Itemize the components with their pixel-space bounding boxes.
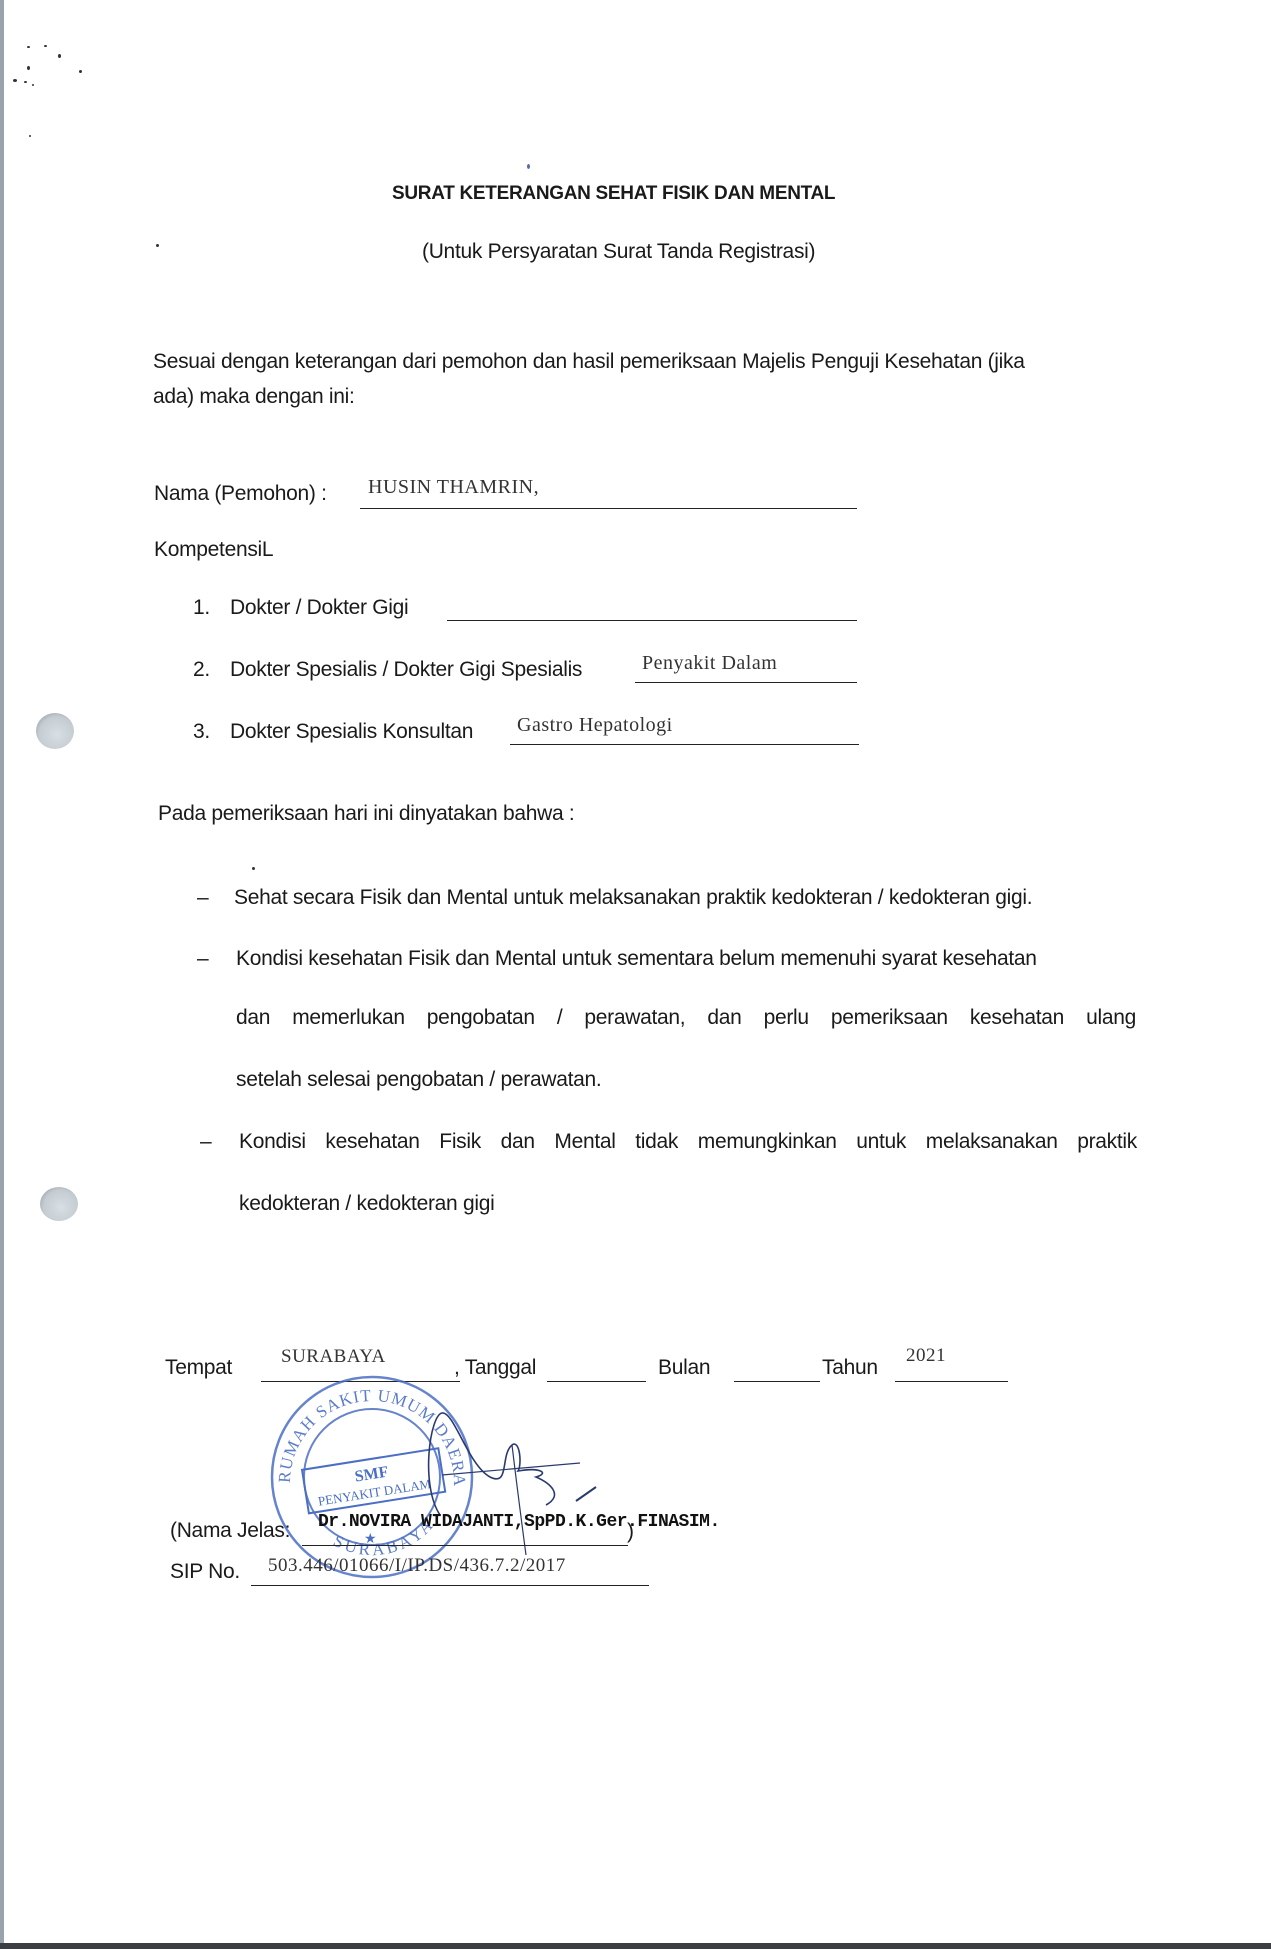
competence-label: KompetensiL [154, 538, 273, 562]
statement-2-line-1: Kondisi kesehatan Fisik dan Mental untuk… [236, 947, 1037, 971]
sip-field[interactable]: 503.446/01066/I/IP.DS/436.7.2/2017 [268, 1555, 566, 1577]
statement-3-line-1: Kondisi kesehatan Fisik dan Mental tidak… [239, 1130, 1137, 1154]
statement-3-line-2: kedokteran / kedokteran gigi [239, 1192, 494, 1216]
competence-item-1-underline [447, 620, 857, 621]
statement-2-line-3: setelah selesai pengobatan / perawatan. [236, 1068, 601, 1092]
punch-hole-lower [40, 1187, 78, 1221]
month-label: Bulan [658, 1356, 710, 1380]
month-underline [734, 1381, 820, 1382]
statement-1-text: Sehat secara Fisik dan Mental untuk mela… [234, 886, 1032, 910]
date-underline [547, 1381, 646, 1382]
applicant-underline [360, 508, 857, 509]
statement-1-dash: – [197, 886, 208, 910]
place-field[interactable]: SURABAYA [281, 1346, 386, 1368]
signatory-name-underline [302, 1545, 628, 1546]
competence-item-3-label: Dokter Spesialis Konsultan [230, 720, 473, 744]
competence-item-2-number: 2. [193, 658, 210, 682]
punch-hole-upper [36, 713, 74, 749]
place-label: Tempat [165, 1356, 232, 1380]
competence-item-1-label: Dokter / Dokter Gigi [230, 596, 408, 620]
sip-label: SIP No. [170, 1560, 240, 1584]
competence-item-1-number: 1. [193, 596, 210, 620]
competence-item-2-field[interactable]: Penyakit Dalam [642, 652, 777, 675]
scan-edge-bottom [0, 1943, 1271, 1949]
intro-line-2: ada) maka dengan ini: [153, 385, 355, 409]
statement-intro: Pada pemeriksaan hari ini dinyatakan bah… [158, 802, 574, 826]
competence-item-3-field[interactable]: Gastro Hepatologi [517, 714, 673, 737]
year-label: Tahun [822, 1356, 878, 1380]
signatory-name-close: ) [627, 1520, 634, 1544]
year-underline [895, 1381, 1008, 1382]
competence-item-2-label: Dokter Spesialis / Dokter Gigi Spesialis [230, 658, 582, 682]
applicant-name-field[interactable]: HUSIN THAMRIN, [368, 476, 539, 499]
statement-2-dash: – [197, 947, 208, 971]
year-field[interactable]: 2021 [906, 1345, 946, 1367]
statement-2-line-2: dan memerlukan pengobatan / perawatan, d… [236, 1006, 1136, 1030]
competence-item-2-underline [635, 682, 857, 683]
signatory-name-field[interactable]: Dr.NOVIRA WIDAJANTI,SpPD.K.Ger.FINASIM. [318, 1512, 720, 1532]
signature-icon [350, 1395, 600, 1565]
competence-item-3-underline [510, 744, 859, 745]
applicant-label: Nama (Pemohon) : [154, 482, 327, 506]
scan-edge-left [0, 0, 4, 1949]
competence-item-3-number: 3. [193, 720, 210, 744]
statement-3-dash: – [200, 1130, 211, 1154]
sip-underline [251, 1585, 649, 1586]
intro-line-1: Sesuai dengan keterangan dari pemohon da… [153, 350, 1025, 374]
document-subtitle: (Untuk Persyaratan Surat Tanda Registras… [422, 240, 815, 264]
signatory-name-label: (Nama Jelas: [170, 1519, 290, 1543]
document-title: SURAT KETERANGAN SEHAT FISIK DAN MENTAL [392, 183, 835, 205]
